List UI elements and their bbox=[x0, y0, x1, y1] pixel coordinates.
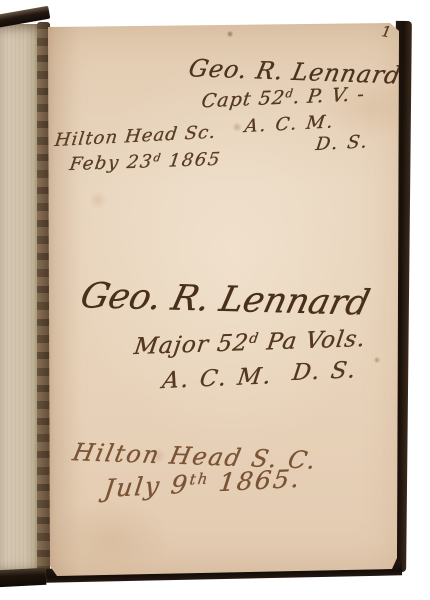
bottom-date-text-end: 1865. bbox=[207, 464, 303, 498]
inscription-main-ds: D. S. bbox=[291, 357, 359, 386]
inscription-main-rank: Major 52d Pa Vols. bbox=[132, 326, 367, 360]
inscription-top-rank: Capt 52d. P. V. - bbox=[200, 83, 366, 112]
inscription-main-acm: A. C. M. bbox=[161, 363, 275, 394]
main-rank-text: Major 52 bbox=[132, 330, 250, 360]
inscription-top-ds: D. S. bbox=[314, 131, 370, 155]
book-cover-edge-bottom-left bbox=[0, 568, 46, 587]
top-date-text: Feby 23 bbox=[68, 151, 154, 175]
top-rank-text: Capt 52 bbox=[200, 87, 286, 113]
bottom-date-text: July 9 bbox=[102, 470, 190, 503]
inscription-top-date: Feby 23d 1865 bbox=[68, 149, 222, 175]
main-rank-text-end: Pa Vols. bbox=[257, 326, 368, 356]
book-photo: 1 Geo. R. Lennard Capt 52d. P. V. - A. C… bbox=[0, 0, 430, 600]
bottom-date-superscript: th bbox=[188, 469, 210, 488]
top-rank-text-end: . P. V. - bbox=[292, 83, 366, 108]
book-gutter bbox=[37, 22, 50, 575]
inscription-top-signature: Geo. R. Lennard bbox=[186, 54, 404, 89]
book-page: 1 Geo. R. Lennard Capt 52d. P. V. - A. C… bbox=[40, 18, 410, 580]
inscription-bottom-date: July 9th 1865. bbox=[102, 464, 302, 503]
inscription-main-signature: Geo. R. Lennard bbox=[76, 276, 373, 324]
inscription-top-place: Hilton Head Sc. bbox=[53, 122, 217, 151]
page-number: 1 bbox=[380, 22, 393, 41]
top-date-text-end: 1865 bbox=[160, 149, 222, 172]
